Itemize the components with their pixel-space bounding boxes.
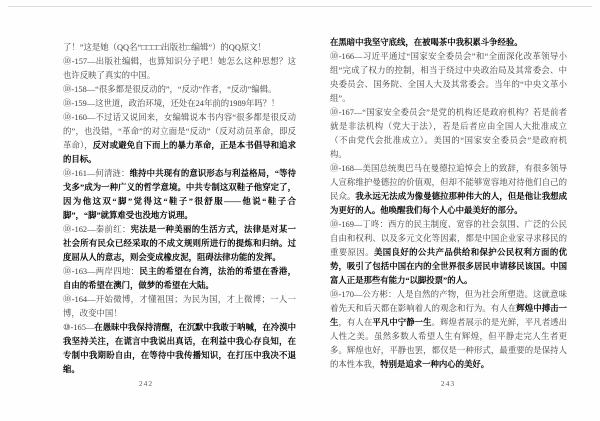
bold-text-run: 在黑暗中我坚守底线，在被喝茶中我积累斗争经验。 bbox=[330, 38, 523, 47]
bold-text-run: 平凡中宁静一生 bbox=[372, 318, 431, 327]
paragraph: ⑩-163—两岸四地：民主的希望在台湾，法治的希望在香港，自由的希望在澳门，做梦… bbox=[63, 265, 296, 293]
paragraph: ⑩-160—不过话又说回来，女编辑说本书内容“很多都是很反动的”，也没错，“革命… bbox=[63, 111, 296, 167]
paragraph: ⑩-159—这世道，政治环境，还处在24年前的1989年吗？！ bbox=[63, 97, 296, 111]
paragraph: ⑩-169—丁咚：西方的民主制度、宽容的社会氛围、广泛的公民自由和权利、以及多元… bbox=[330, 218, 567, 288]
scan-edge-line bbox=[8, 6, 592, 7]
text-run: ⑩-161—何清涟： bbox=[63, 169, 130, 178]
text-run: ，有人在 bbox=[338, 318, 372, 327]
bold-text-run: 特别是追求一种内心的美好。 bbox=[380, 360, 489, 369]
paragraph: ⑩-166—习近平通过“国家安全委员会”和“全面深化改革领导小组”完成了权力的控… bbox=[330, 50, 567, 106]
text-run: ⑩-164—开始微博，才懂祖国；为民为国，才上微博；一人一博，改变中国！ bbox=[63, 295, 296, 318]
bold-text-run: 我永远无法成为像曼德拉那种伟大的人，但是他让我想成为更好的人。他唤醒我们每个人心… bbox=[330, 192, 567, 215]
paragraph: 了！”这是她（QQ名“□□□□出版社□编辑”）的QQ原文！ bbox=[63, 41, 296, 55]
paragraph: ⑩-158—“很多都是很反动的”，“反动”作者，“反动”编辑。 bbox=[63, 83, 296, 97]
text-run: 了！”这是她（QQ名“□□□□出版社□编辑”）的QQ原文！ bbox=[63, 43, 266, 52]
bold-text-run: 反对或避免自下而上的暴力革命，正是本书倡导和追求的目标。 bbox=[63, 141, 296, 164]
text-run: ⑩-157—出版社编辑，也算知识分子吧！她怎么这种思想？这也许反映了真实的中国。 bbox=[63, 57, 296, 80]
book-spread: 了！”这是她（QQ名“□□□□出版社□编辑”）的QQ原文！⑩-157—出版社编辑… bbox=[0, 0, 600, 421]
page-left-text: 了！”这是她（QQ名“□□□□出版社□编辑”）的QQ原文！⑩-157—出版社编辑… bbox=[63, 41, 296, 377]
paragraph: ⑩-161—何清涟：维持中共现有的意识形态与利益格局，“等待戈多”成为一种广义的… bbox=[63, 167, 296, 223]
text-run: ⑩-166—习近平通过“国家安全委员会”和“全面深化改革领导小组”完成了权力的控… bbox=[330, 52, 567, 103]
paragraph: ⑩-157—出版社编辑，也算知识分子吧！她怎么这种思想？这也许反映了真实的中国。 bbox=[63, 55, 296, 83]
paragraph: ⑩-164—开始微博，才懂祖国；为民为国，才上微博；一人一博，改变中国！ bbox=[63, 293, 296, 321]
text-run: ⑩-167—“国家安全委员会”是党的机构还是政府机构？若是前者就是非法机构（党大… bbox=[330, 108, 567, 159]
paragraph: ⑩-168—美国总统奥巴马在曼德拉追悼会上的致辞，有很多领导人宣称维护曼德拉的价… bbox=[330, 162, 567, 218]
paragraph: ⑩-167—“国家安全委员会”是党的机构还是政府机构？若是前者就是非法机构（党大… bbox=[330, 106, 567, 162]
bold-text-run: 在愚昧中我保持清醒，在沉默中我敢于呐喊，在冷漠中我坚持关注，在谎言中我说出真话，… bbox=[63, 323, 296, 374]
text-run: ⑩-165— bbox=[63, 323, 94, 332]
paragraph: ⑩-165—在愚昧中我保持清醒，在沉默中我敢于呐喊，在冷漠中我坚持关注，在谎言中… bbox=[63, 321, 296, 377]
text-run: ⑩-162—秦前红： bbox=[63, 225, 131, 234]
page-right-text: 在黑暗中我坚守底线，在被喝茶中我积累斗争经验。⑩-166—习近平通过“国家安全委… bbox=[330, 36, 567, 372]
text-run: ⑩-159—这世道，政治环境，还处在24年前的1989年吗？！ bbox=[63, 99, 279, 108]
paragraph: ⑩-170—公方彬：人是自然的产物，但为社会所塑造。这就意味着先天和后天都在影响… bbox=[330, 288, 567, 372]
text-run: ⑩-163—两岸四地： bbox=[63, 267, 139, 276]
page-number-left: 242 bbox=[129, 379, 163, 388]
paragraph: ⑩-162—秦前红：宪法是一种美丽的生活方式，法律是对某一社会所有民众已经采取的… bbox=[63, 223, 296, 265]
page-number-right: 243 bbox=[431, 379, 465, 388]
text-run: ⑩-158—“很多都是很反动的”，“反动”作者，“反动”编辑。 bbox=[63, 85, 277, 94]
paragraph: 在黑暗中我坚守底线，在被喝茶中我积累斗争经验。 bbox=[330, 36, 567, 50]
